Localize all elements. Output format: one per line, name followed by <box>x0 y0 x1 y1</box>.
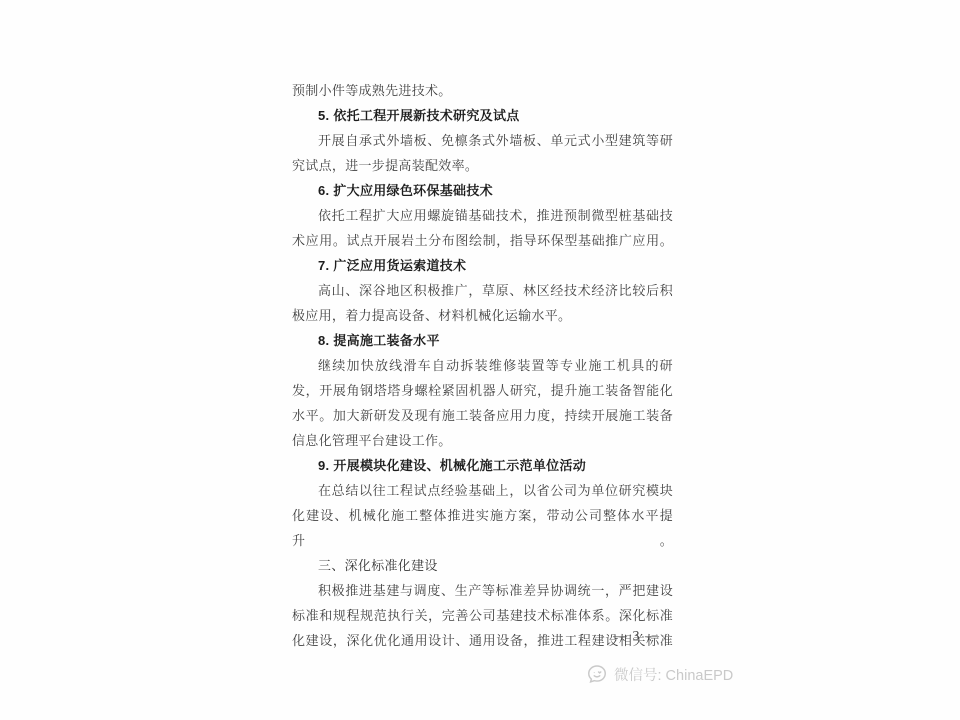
doc-text-line: 在总结以往工程试点经验基础上，以省公司为单位研究模块 <box>292 478 673 503</box>
wechat-icon <box>586 663 608 685</box>
doc-text-line: 依托工程扩大应用螺旋锚基础技术，推进预制微型桩基础技 <box>292 203 673 228</box>
doc-heading-line: 8. 提高施工装备水平 <box>292 328 673 353</box>
doc-text-line: 究试点，进一步提高装配效率。 <box>292 153 673 178</box>
doc-text-line: 信息化管理平台建设工作。 <box>292 428 673 453</box>
doc-text-line: 标准和规程规范执行关，完善公司基建技术标准体系。深化标准 <box>292 603 673 628</box>
doc-text-line: 化建设、机械化施工整体推进实施方案，带动公司整体水平提升。 <box>292 503 673 553</box>
doc-text-line: 继续加快放线滑车自动拆装维修装置等专业施工机具的研 <box>292 353 673 378</box>
doc-heading-line: 7. 广泛应用货运索道技术 <box>292 253 673 278</box>
doc-text-line: 极应用，着力提高设备、材料机械化运输水平。 <box>292 303 673 328</box>
document-page: 预制小件等成熟先进技术。5. 依托工程开展新技术研究及试点开展自承式外墙板、免檩… <box>0 0 960 720</box>
doc-text-line: 水平。加大新研发及现有施工装备应用力度，持续开展施工装备 <box>292 403 673 428</box>
document-body: 预制小件等成熟先进技术。5. 依托工程开展新技术研究及试点开展自承式外墙板、免檩… <box>292 78 673 653</box>
doc-text-line: 积极推进基建与调度、生产等标准差异协调统一，严把建设 <box>292 578 673 603</box>
wechat-id-label: 微信号: ChinaEPD <box>614 664 733 685</box>
doc-heading-line: 9. 开展模块化建设、机械化施工示范单位活动 <box>292 453 673 478</box>
doc-text-line: 开展自承式外墙板、免檩条式外墙板、单元式小型建筑等研 <box>292 128 673 153</box>
doc-text-line: 发，开展角钢塔塔身螺栓紧固机器人研究，提升施工装备智能化 <box>292 378 673 403</box>
doc-heading-line: 5. 依托工程开展新技术研究及试点 <box>292 103 673 128</box>
doc-heading-line: 6. 扩大应用绿色环保基础技术 <box>292 178 673 203</box>
page-number: — 3 — <box>292 629 660 645</box>
doc-text-line: 高山、深谷地区积极推广，草原、林区经技术经济比较后积 <box>292 278 673 303</box>
wechat-watermark: 微信号: ChinaEPD <box>586 663 733 685</box>
doc-text-line: 术应用。试点开展岩土分布图绘制，指导环保型基础推广应用。 <box>292 228 673 253</box>
doc-text-line: 三、深化标准化建设 <box>292 553 673 578</box>
doc-text-line: 预制小件等成熟先进技术。 <box>292 78 673 103</box>
